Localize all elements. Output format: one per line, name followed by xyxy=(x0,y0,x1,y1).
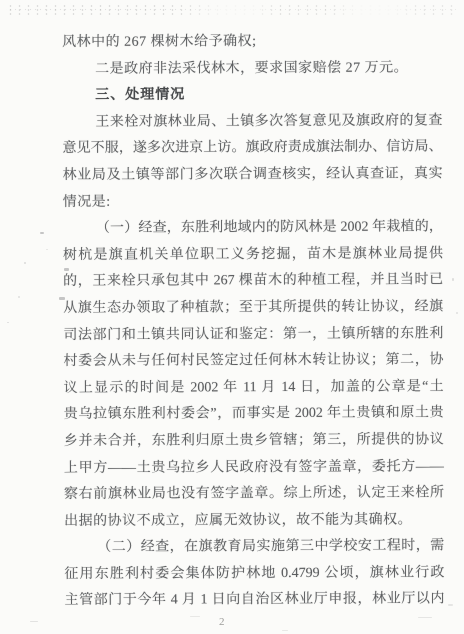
scan-speckle xyxy=(190,616,200,617)
document-body: 风林中的 267 棵树木给予确权;二是政府非法采伐林木，要求国家赔偿 27 万元… xyxy=(62,28,445,615)
text-line: （二）经查，在旗教育局实施第三中学校安工程时，需 xyxy=(64,534,444,562)
scan-speckle xyxy=(448,604,453,606)
text-line: 的，王来栓只承包其中 267 棵苗木的种植工程，并且当时已 xyxy=(63,268,443,296)
text-line: 树杭是旗直机关单位职工义务挖掘，苗木是旗林业局提供 xyxy=(63,241,443,269)
scan-speckle xyxy=(46,249,48,250)
scan-speckle xyxy=(40,232,44,234)
text-line: 林业局及土镇等部门多次联合调查核实，经认真查证，真实 xyxy=(63,161,443,189)
text-line: 出据的协议不成立，应属无效协议，故不能为其确权。 xyxy=(64,507,444,535)
scan-speckle xyxy=(24,262,26,264)
scan-noise-band xyxy=(6,3,456,15)
text-line: 二是政府非法采伐林木，要求国家赔偿 27 万元。 xyxy=(62,55,442,83)
text-line: （一）经查，东胜利地域内的防风林是 2002 年栽植的， xyxy=(63,214,443,242)
text-line: 意见不服，遂多次进京上访。旗政府责成旗法制办、信访局、 xyxy=(62,135,442,163)
scanned-document-page: 风林中的 267 棵树木给予确权;二是政府非法采伐林木，要求国家赔偿 27 万元… xyxy=(0,0,464,634)
section-heading: 三、处理情况 xyxy=(62,82,442,110)
text-line: 情况是: xyxy=(63,188,443,216)
scan-speckle xyxy=(452,278,454,281)
text-line: 征用东胜利村委会集体防护林地 0.4799 公顷，旗林业行政 xyxy=(64,560,444,588)
scan-speckle xyxy=(7,322,9,323)
scan-speckle xyxy=(282,630,288,631)
text-line: 王来栓对旗林业局、土镇多次答复意见及旗政府的复查 xyxy=(62,108,442,136)
scan-speckle xyxy=(30,621,38,622)
text-line: 主管部门于今年 4 月 1 日向自治区林业厅申报，林业厅以内 xyxy=(64,587,444,615)
text-line: 风林中的 267 棵树木给予确权; xyxy=(62,28,442,56)
scan-speckle xyxy=(59,297,65,300)
text-line: 司法部门和土镇共同认证和鉴定：第一，土镇所辖的东胜利 xyxy=(63,321,443,349)
scan-speckle xyxy=(64,268,69,271)
scan-speckle xyxy=(18,296,20,298)
text-line: 议上显示的时间是 2002 年 11 月 14 日，加盖的公章是“土 xyxy=(64,374,444,402)
page-number: 2 xyxy=(219,616,225,628)
text-line: 乡并未合并，东胜利归原土贵乡管辖；第三，所提供的协议 xyxy=(64,427,444,455)
text-line: 贵乌拉镇东胜利村委会”，而事实是 2002 年土贵镇和原土贵 xyxy=(64,401,444,429)
text-line: 察右前旗林业局也没有签字盖章。综上所述，认定王来栓所 xyxy=(64,480,444,508)
scan-speckle xyxy=(456,312,458,314)
text-line: 村委会从未与任何村民签定过任何林木转让协议；第二，协 xyxy=(63,347,443,375)
text-line: 从旗生态办领取了种植款；至于其所提供的转让协议，经旗 xyxy=(63,294,443,322)
scan-speckle xyxy=(418,617,432,618)
text-line: 上甲方——土贵乌拉乡人民政府没有签字盖章，委托方—— xyxy=(64,454,444,482)
